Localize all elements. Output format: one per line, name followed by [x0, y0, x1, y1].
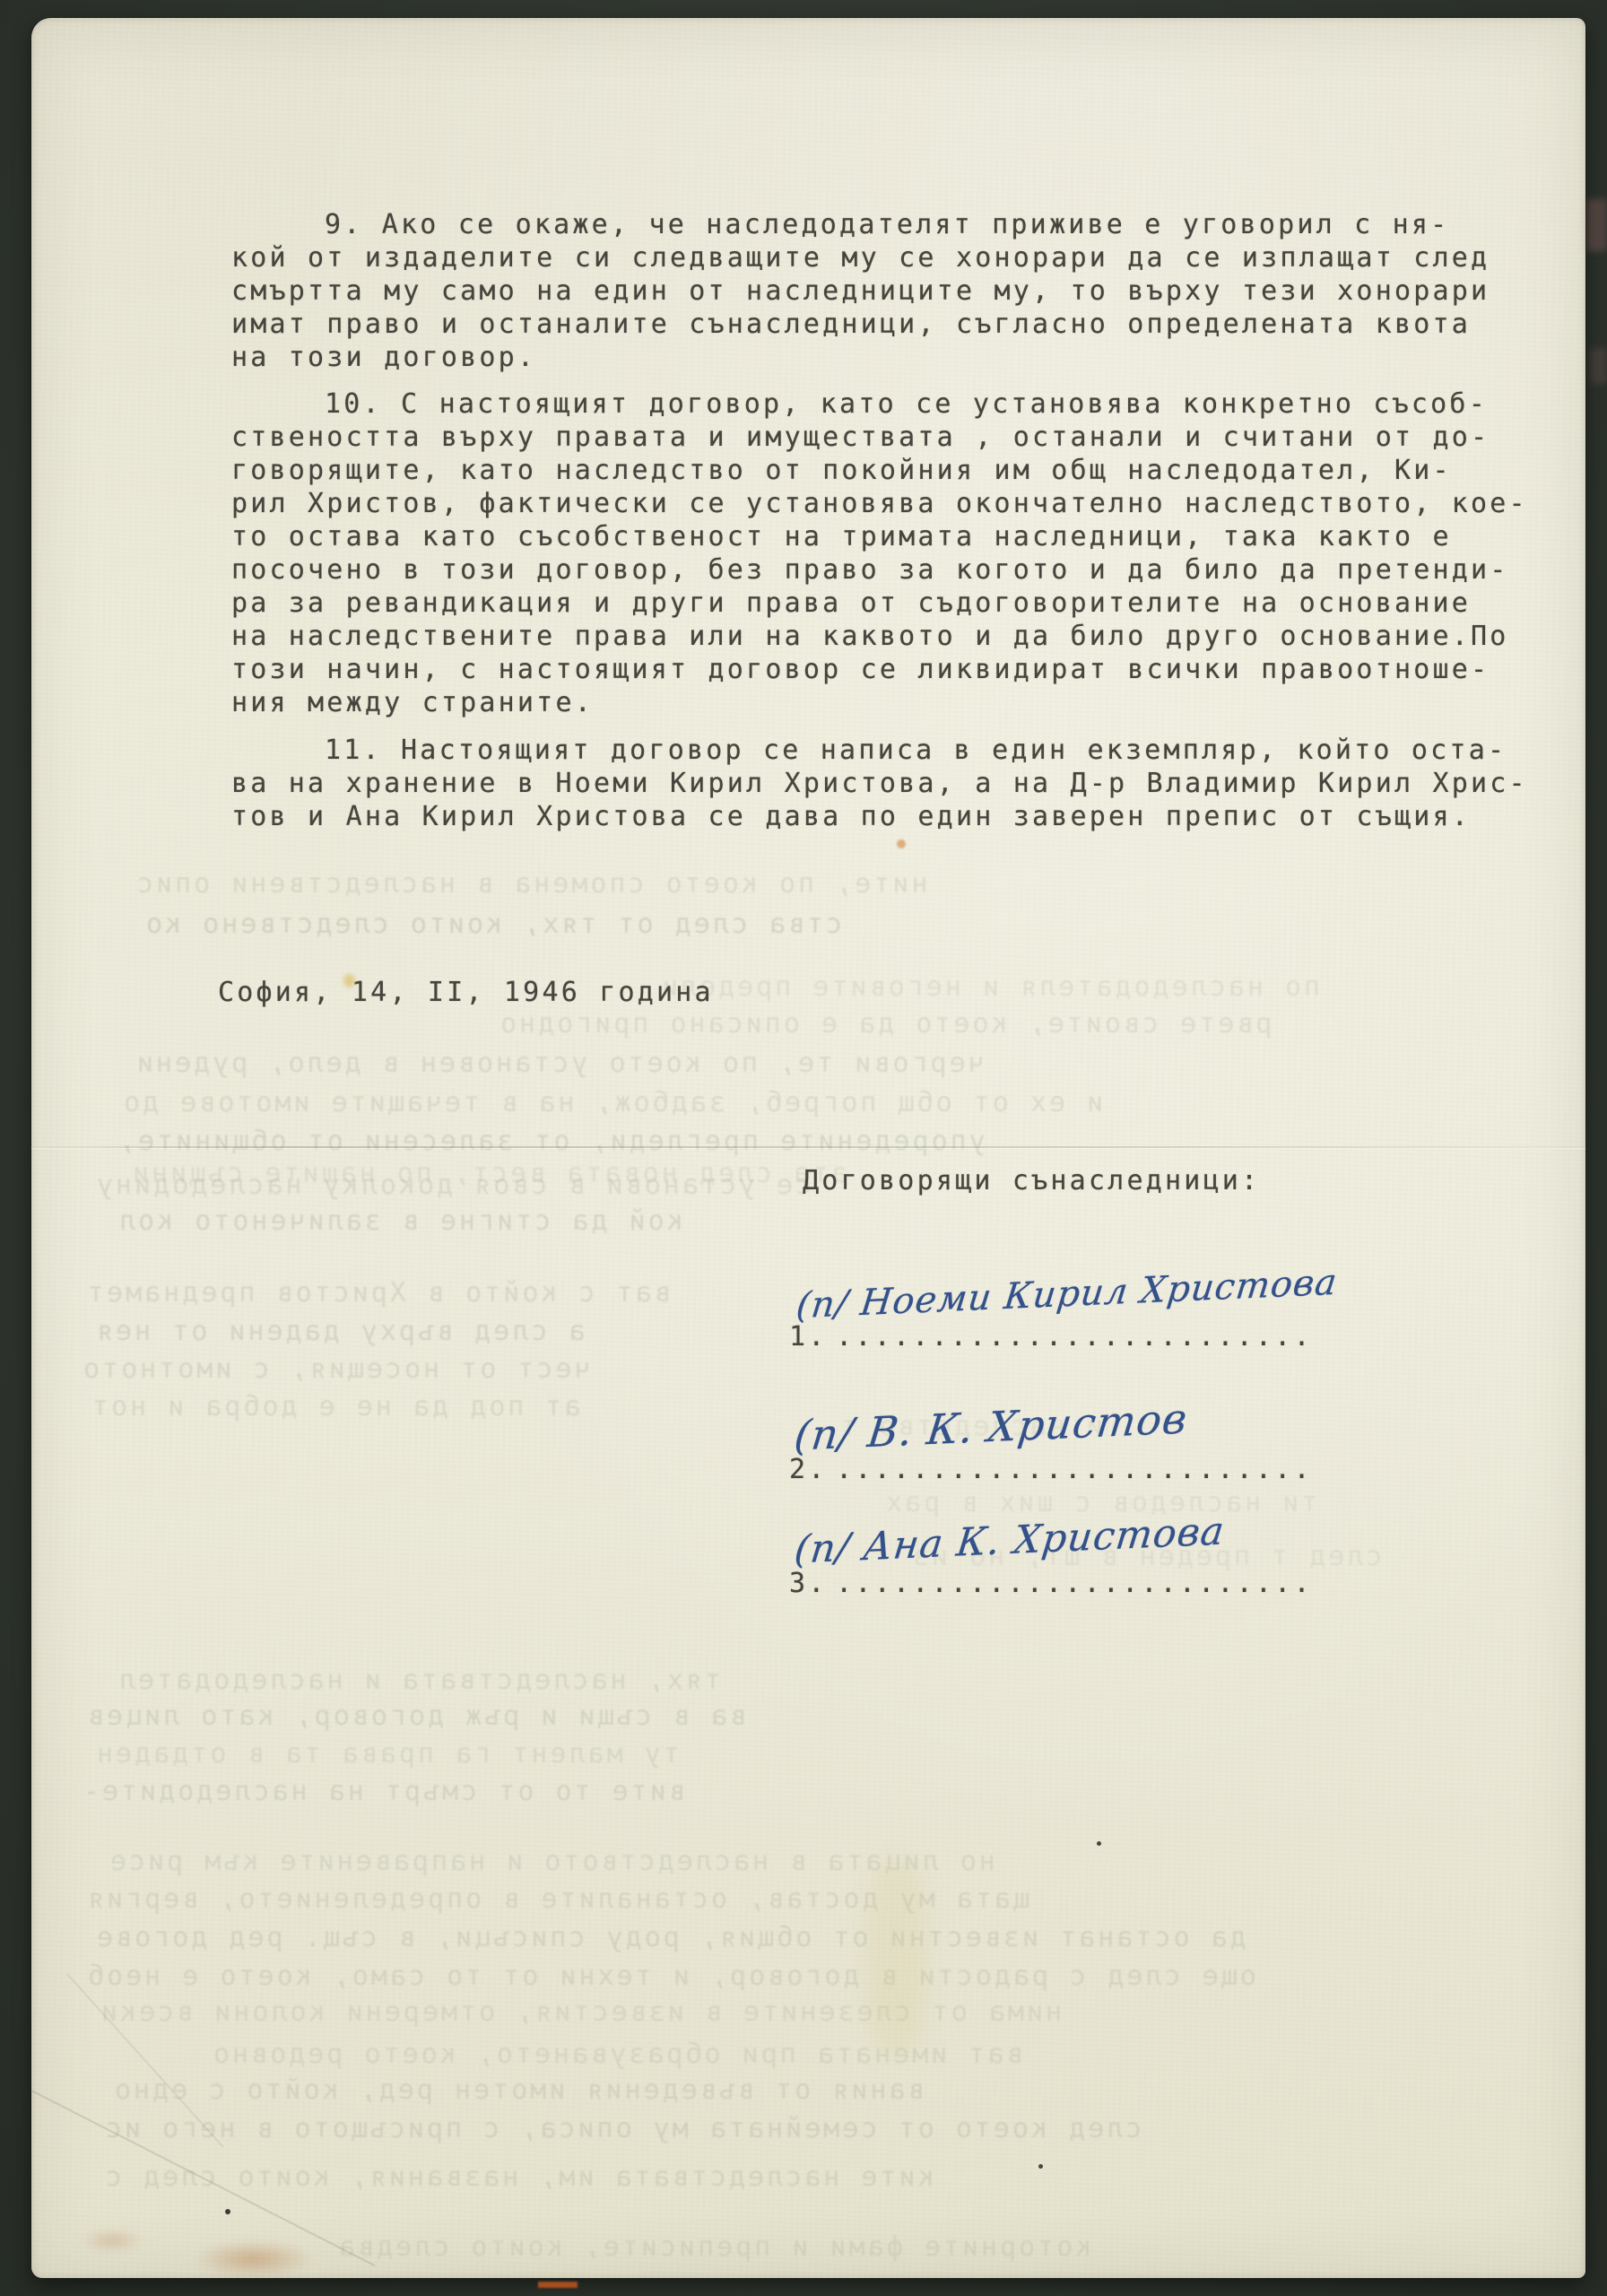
typed-line: имат право и останалите сънаследници, съ…: [231, 308, 1490, 341]
dateline: София, 14, II, 1946 година: [218, 976, 714, 1009]
bleedthrough-line: и ех от общ погреб, задбож, на в течащит…: [121, 1087, 1103, 1118]
typed-line: ва на хранение в Ноеми Кирил Христова, а…: [231, 767, 1528, 800]
bleedthrough-line: нима от слезените в известия, отмерени к…: [99, 1996, 1062, 2028]
bleedthrough-line: чергови те, по което установен в дело, р…: [135, 1048, 985, 1079]
typed-line: ния между страните.: [231, 686, 1528, 719]
contract-clause-9: 9. Ако се окаже, че наследодателят прижи…: [231, 208, 1490, 374]
border-orange-mark: [538, 2282, 578, 2288]
crease-line: [31, 1146, 1585, 1148]
typed-line: говорящите, като наследство от покойния …: [231, 454, 1528, 487]
signature-dotted-line: .........................: [836, 1320, 1313, 1353]
bleedthrough-line: а след върху дадени от нея: [94, 1316, 586, 1347]
typed-line: ствеността върху правата и имуществата ,…: [231, 421, 1528, 454]
bleedthrough-line: которните фами и преписите, които следва: [336, 2231, 1091, 2263]
typed-line: ра за ревандикация и други права от съдо…: [231, 587, 1528, 620]
typed-line: смъртта му само на един от наследниците …: [231, 274, 1490, 308]
border-smudge: [1587, 199, 1607, 251]
typed-line: тов и Ана Кирил Христова се дава по един…: [231, 800, 1528, 833]
typed-line: този начин, с настоящият договор се ликв…: [231, 653, 1528, 686]
bleedthrough-line: ва в същи и ръж договор, като лицев: [85, 1700, 746, 1732]
bleedthrough-line: след което от семейната му описа, с прис…: [103, 2113, 1142, 2144]
typed-line: рил Христов, фактически се установява ок…: [231, 487, 1528, 520]
contract-clause-10: 10. С настоящият договор, като се устано…: [231, 387, 1528, 719]
typed-line: 9. Ако се окаже, че наследодателят прижи…: [231, 208, 1490, 241]
bleedthrough-line: ват имената при образуването, което редо…: [211, 2039, 1023, 2070]
bleedthrough-line: тях, наследствата и наследодател: [117, 1665, 721, 1696]
typed-line: на този договор.: [231, 341, 1490, 374]
bleedthrough-line: ките наследствата им, названия, които сл…: [103, 2161, 934, 2193]
typed-line: 11. Настоящият договор се написа в един …: [231, 734, 1528, 767]
bleedthrough-line: кой да стигне в заличеното кол: [117, 1205, 683, 1237]
scanned-document-photo: ните, по което спомена в наследствени оп…: [0, 0, 1607, 2296]
contract-clause-11: 11. Настоящият договор се написа в един …: [231, 734, 1528, 833]
typed-line: на наследствените права или на каквото и…: [231, 620, 1528, 653]
bleedthrough-line: вания от въведения имотен ред, който с е…: [112, 2074, 925, 2106]
bleedthrough-line: ства след от тях, които следствено ко: [143, 909, 842, 940]
typed-line: 10. С настоящият договор, като се устано…: [231, 387, 1528, 421]
bleedthrough-line: вите то от смърт на наследодите-: [81, 1776, 685, 1807]
bleedthrough-line: се установи в своя доколку наследодину: [94, 1170, 812, 1201]
typed-line: то остава като съсобственост на тримата …: [231, 520, 1528, 553]
document-page: ните, по което спомена в наследствени оп…: [31, 18, 1585, 2278]
bleedthrough-line: ту малент га права та в отдаден: [94, 1738, 680, 1770]
bleedthrough-line: да останат известни от общия, роду списъ…: [94, 1922, 1247, 1953]
bleedthrough-line: ат под да не е добра и нот: [90, 1391, 581, 1422]
border-smudge: [1591, 348, 1607, 384]
signature-dotted-line: .........................: [836, 1453, 1313, 1486]
bleedthrough-line: ните, по което спомена в наследствени оп…: [135, 868, 928, 900]
signature-row: 3. ......................... (п/ Ана К. …: [789, 1567, 1345, 1674]
signatories-heading: Договорящи сънаследници:: [803, 1164, 1260, 1197]
bleedthrough-line: щата му достав, останалите в определение…: [85, 1883, 1029, 1915]
bleedthrough-line: още след с радости в договор, и техни от…: [85, 1961, 1256, 1992]
bleedthrough-line: упоредените прегледи, от залесени от общ…: [117, 1126, 986, 1157]
signature-dotted-line: .........................: [836, 1567, 1313, 1600]
bleedthrough-line: ват с който в Христов преднамет: [85, 1277, 671, 1309]
typed-line: посочено в този договор, без право за ко…: [231, 553, 1528, 587]
bleedthrough-line: чест от носещия, с имотното: [81, 1353, 591, 1385]
typed-line: кой от издаделите си следващите му се хо…: [231, 241, 1490, 274]
bleedthrough-line: рвете своите, което да е описано пригодн…: [498, 1008, 1273, 1039]
bleedthrough-line: но лицата в наследството и направените к…: [108, 1846, 995, 1877]
bleedthrough-line: по наследодателя и неговите предели: [659, 971, 1320, 1003]
